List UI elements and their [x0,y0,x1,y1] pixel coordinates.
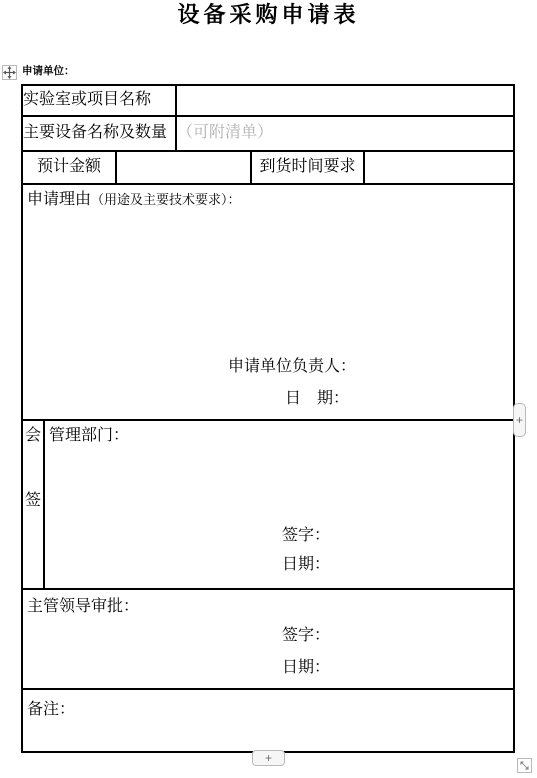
management-dept-label: 管理部门： [45,421,513,445]
lab-or-project-name-label: 实验室或项目名称 [22,85,176,116]
table-row: 主管领导审批： 签字： 日期： [22,589,514,689]
remarks-cell[interactable]: 备注： [22,689,514,752]
delivery-time-label: 到货时间要求 [251,151,364,184]
leader-signature-label: 签字： [282,627,330,645]
table-row: 备注： [22,689,514,752]
applying-unit-label: 申请单位： [22,65,75,78]
equipment-name-qty-field[interactable]: （可附清单） [176,116,514,151]
move-icon [3,66,16,79]
estimated-amount-label: 预计金额 [22,151,116,184]
table-row: 实验室或项目名称 [22,85,514,116]
lab-or-project-name-field[interactable] [176,85,514,116]
table-resize-handle[interactable] [517,758,532,773]
leader-approval-cell[interactable]: 主管领导审批： 签字： 日期： [22,589,514,689]
table-row: 会 签 管理部门： 签字： 日期： [22,420,514,589]
plus-icon: + [265,752,272,764]
delivery-time-field[interactable] [364,151,514,184]
table-row: 申请理由（用途及主要技术要求）： 申请单位负责人： 日 期： [22,184,514,420]
joint-sign-vertical-label: 会 签 [22,420,44,589]
remarks-label: 备注： [23,690,513,719]
equipment-name-qty-label: 主要设备名称及数量 [22,116,176,151]
joint-sign-date-label: 日期： [282,556,330,574]
unit-head-date-label: 日 期： [285,390,349,408]
application-reason-label: 申请理由（用途及主要技术要求）： [23,185,513,209]
page-title: 设备采购申请表 [0,0,537,30]
plus-icon: + [516,414,523,426]
leader-approval-label: 主管领导审批： [23,590,513,616]
diagonal-resize-icon [518,759,531,772]
joint-sign-signature-label: 签字： [282,527,330,545]
management-dept-cell[interactable]: 管理部门： 签字： 日期： [44,420,514,589]
insert-row-bottom-button[interactable]: + [252,750,285,766]
table-row: 主要设备名称及数量 （可附清单） [22,116,514,151]
table-move-handle[interactable] [2,65,17,80]
application-reason-cell[interactable]: 申请理由（用途及主要技术要求）： 申请单位负责人： 日 期： [22,184,514,420]
unit-head-signature-label: 申请单位负责人： [228,358,356,376]
table-row: 预计金额 到货时间要求 [22,151,514,184]
purchase-application-table: 实验室或项目名称 主要设备名称及数量 （可附清单） 预计金额 到货时间要求 申请… [21,84,515,753]
insert-row-right-button[interactable]: + [513,403,526,437]
estimated-amount-field[interactable] [116,151,251,184]
leader-date-label: 日期： [282,659,330,677]
